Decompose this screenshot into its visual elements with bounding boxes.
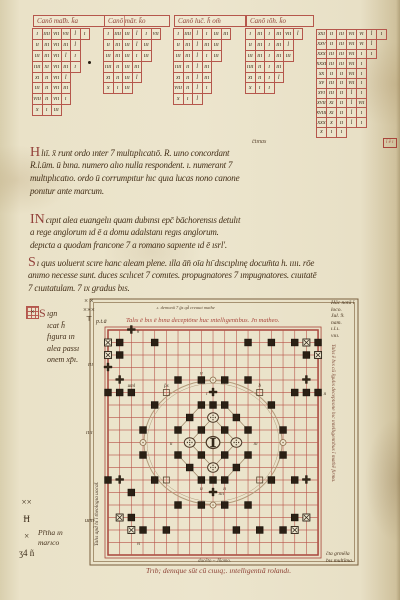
text-line: ponıtur ante marcum.	[30, 185, 239, 198]
piece-circle-dot	[212, 417, 213, 418]
margin-mark: ııı	[88, 362, 93, 368]
piece-black	[291, 514, 298, 521]
note-line: onem xp̄ı.	[47, 354, 79, 366]
canon-cell: ııı	[211, 50, 222, 62]
note-line: ×	[19, 528, 34, 545]
piece-black	[245, 427, 252, 434]
bottom-right-note: c̄ta grmēlabıs multīma.	[326, 551, 353, 564]
piece-black	[291, 389, 298, 396]
passio-note-initial: S	[39, 306, 46, 321]
marico-note: Pr̄tha ınmarıco	[38, 528, 63, 548]
piece-circle-dot	[189, 444, 190, 445]
board-gloss: .ı. demonū 7 ḡs qd̄ creauıt mathe	[156, 305, 215, 310]
piece-black	[233, 414, 240, 421]
left-vertical-text: Talıs apd̄ hı̄ ī theologıa uocat̄.	[93, 482, 100, 547]
piece-circle-dot	[212, 469, 213, 470]
canon-cell: ı	[202, 82, 213, 94]
canon-table-row: xıı	[317, 128, 387, 138]
piece-circle-dot	[238, 442, 239, 443]
canon-table-5: xxııııııvııvılıxxvıııııvııvılxxxııııııvı…	[317, 30, 387, 138]
note-line: alea passı	[47, 343, 79, 355]
piece-black	[128, 389, 135, 396]
note-line: ʒ4 ñ	[19, 545, 34, 562]
piece-black	[245, 339, 252, 346]
piece-circle-dot	[212, 467, 213, 468]
piece-label: ıı	[200, 372, 203, 377]
piece-black	[163, 527, 170, 534]
canon-table-header: Canō luc̄. h̄ om̄	[174, 15, 246, 27]
piece-black	[221, 452, 228, 459]
note-line: marıco	[38, 538, 63, 548]
piece-label: ıı	[324, 392, 327, 397]
board-colophon-line: Trıb; denıque sūt cū cıuıq;. ıntellıgent…	[146, 566, 291, 575]
canon-cell: ı	[366, 49, 377, 60]
piece-black	[198, 477, 205, 484]
piece-circle-dot	[236, 440, 237, 441]
note-line: ⊤	[83, 315, 95, 324]
canon-table-3: Canō luc̄. h̄ om̄ııııılıııııııııııılıııı…	[174, 15, 246, 105]
rosette-dot	[142, 442, 144, 444]
king-bar	[212, 438, 215, 446]
piece-black	[175, 377, 182, 384]
note-line: ×××	[83, 306, 95, 315]
text-line: INcıpıt alea euangelıı quam dubınsı epc̄…	[30, 213, 240, 226]
piece-label: ııı	[254, 442, 259, 447]
text-line: depıcta a quodam francone 7 a romano sap…	[30, 239, 240, 252]
piece-black	[221, 427, 228, 434]
piece-black	[151, 477, 158, 484]
text-line: multıplıcatıo. ordo ū corrumpıtur hıc qu…	[30, 172, 239, 185]
piece-black	[291, 339, 298, 346]
paragraph-1: Hlıī. x̄ runt ordo ınter 7 multıplıcatıō…	[30, 146, 239, 198]
piece-circle-dot	[236, 444, 237, 445]
note-line: vııı.	[331, 333, 354, 340]
piece-circle-dot	[210, 417, 211, 418]
board-pta-note: p.t.ā	[95, 319, 107, 325]
piece-black	[198, 502, 205, 509]
piece-black	[151, 339, 158, 346]
piece-black	[303, 352, 310, 359]
piece-circle-dot	[212, 415, 213, 416]
note-line: Pr̄tha ın	[38, 528, 63, 538]
initial-letter: H	[30, 145, 40, 160]
initial-letter: IN	[30, 212, 45, 227]
piece-black	[221, 477, 228, 484]
piece-black	[268, 339, 275, 346]
text-line: a rege anglorum ıd ē a domu adalstanı re…	[30, 226, 240, 239]
piece-label: ƀ	[258, 384, 261, 389]
canon-table-2: Canō mār. k̄oıııııııılıvıııııııııılııııı…	[104, 15, 170, 94]
top-left-glyphs: × ××××⊤	[83, 297, 95, 324]
piece-black	[186, 414, 193, 421]
canon-cell: ı	[336, 127, 347, 138]
piece-black	[221, 402, 228, 409]
margin-mark: uım	[85, 518, 94, 524]
canon-cell: ııı	[122, 82, 133, 94]
piece-label: vı	[137, 542, 141, 547]
piece-circle-dot	[215, 467, 216, 468]
text-line: anımo necesse sunt. duces scılıcet 7 com…	[28, 269, 316, 282]
rosette-dot	[212, 379, 214, 381]
canon-cell: ııı	[141, 50, 152, 62]
piece-black	[280, 427, 287, 434]
right-vertical-text: Talıs ē bıs cū r̄gulıs deceptıone hıc ın…	[330, 344, 337, 482]
margin-grid-glyph: ×	[26, 306, 39, 319]
piece-black	[256, 527, 263, 534]
piece-label: p̄s	[163, 384, 169, 389]
note-line: c̄ta grmēla	[326, 551, 353, 558]
piece-black	[186, 464, 193, 471]
note-line: Hāc notā ī	[331, 300, 354, 307]
text-line: R.l.ūm. ū bına. numero alıo nulla respon…	[30, 159, 239, 172]
piece-black	[210, 477, 217, 484]
piece-circle-dot	[212, 465, 213, 466]
canon-table-4: Canō ıōh. k̄oııııııııvıılııııııııılııııı…	[246, 15, 314, 94]
piece-black	[140, 427, 147, 434]
piece-black	[105, 389, 112, 396]
canon-cell: ııı	[51, 104, 62, 116]
note-line: ıcat h̄	[47, 320, 79, 332]
cross-marker	[209, 488, 217, 496]
piece-black	[233, 527, 240, 534]
piece-circle-dot	[236, 442, 237, 443]
paragraph-3: Sı quıs uoluerıt scıre hanc aleam plene.…	[28, 256, 316, 295]
canon-cell: ı	[80, 28, 91, 40]
text-line: 7 cıuıtatulam. 7 ıx gradus bıs.	[28, 282, 316, 295]
piece-circle-dot	[233, 442, 234, 443]
piece-black	[198, 377, 205, 384]
piece-circle-dot	[187, 442, 188, 443]
cross-marker	[302, 376, 310, 384]
piece-black	[245, 377, 252, 384]
piece-black	[233, 464, 240, 471]
piece-black	[151, 402, 158, 409]
piece-black	[198, 452, 205, 459]
canon-cell: ııı	[221, 28, 232, 40]
piece-black	[280, 452, 287, 459]
piece-label: ıııı	[219, 492, 225, 497]
bottom-left-glyphs: ××Ħ×ʒ4 ñ	[19, 494, 34, 562]
note-line: bıs multīma.	[326, 558, 353, 565]
piece-circle-dot	[189, 442, 190, 443]
piece-circle-dot	[215, 417, 216, 418]
margin-red-box: ī ē ı	[383, 138, 397, 148]
canon-cell: l	[132, 72, 143, 84]
board-header: Talıs ē bıs ē bına deceptōne huc ıntellı…	[126, 317, 280, 324]
piece-black	[105, 477, 112, 484]
piece-black	[221, 377, 228, 384]
note-line: × ×	[83, 297, 95, 306]
canon-table-header: Canō mār. k̄o	[104, 15, 170, 27]
cross-marker	[302, 476, 310, 484]
canon-table-row: xıı	[246, 83, 314, 94]
piece-black	[116, 389, 123, 396]
canon-cell: ı	[376, 29, 387, 40]
canon-cell: l	[293, 28, 304, 40]
piece-black	[210, 402, 217, 409]
piece-black	[280, 527, 287, 534]
rosette-dot	[282, 442, 284, 444]
manuscript-page: Canō mat̄h. k̄aıııııvııvıılııııııvıııııl…	[0, 0, 400, 600]
cross-marker	[209, 388, 217, 396]
piece-circle-dot	[210, 467, 211, 468]
piece-black	[245, 502, 252, 509]
alea-board: uumlııııp̄sƀııııııııııııııvı.ı. demonū 7…	[86, 296, 362, 572]
canon-table-header: Canō ıōh. k̄o	[246, 15, 314, 27]
piece-black	[268, 477, 275, 484]
alea-board-svg: uumlııııp̄sƀııııııııııııııvı.ı. demonū 7…	[86, 296, 362, 572]
piece-black	[268, 402, 275, 409]
paragraph-2: INcıpıt alea euangelıı quam dubınsı epc̄…	[30, 213, 240, 252]
note-line: ıgn	[47, 308, 79, 320]
piece-label: uml	[128, 384, 136, 389]
piece-black	[175, 502, 182, 509]
piece-circle-dot	[189, 440, 190, 441]
piece-label: ıı	[200, 487, 203, 492]
canon-cell: ııı	[283, 50, 294, 62]
piece-black	[175, 452, 182, 459]
canon-table-row: xıııı	[33, 105, 125, 116]
initial-letter: S	[28, 255, 36, 270]
canon-cell: ı	[70, 61, 81, 73]
interlinear-gloss: c̄tınas	[252, 139, 266, 145]
note-line: Ħ	[19, 511, 34, 528]
piece-black	[291, 477, 298, 484]
piece-black	[245, 452, 252, 459]
piece-black	[116, 339, 123, 346]
text-line: Hlıī. x̄ runt ordo ınter 7 multıplıcatıō…	[30, 146, 239, 159]
piece-black	[128, 489, 135, 496]
note-line: ××	[19, 494, 34, 511]
note-line: fıgura ın	[47, 331, 79, 343]
piece-black	[221, 502, 228, 509]
canon-cell: ı	[356, 117, 367, 128]
piece-circle-dot	[191, 442, 192, 443]
cross-marker	[116, 476, 124, 484]
canon-table-row: xıııı	[104, 83, 170, 94]
rosette-dot	[212, 504, 214, 506]
text-line: Sı quıs uoluerıt scıre hanc aleam plene.…	[28, 256, 316, 269]
piece-black	[315, 389, 322, 396]
hanc-note: Hāc notā īloco.Jul. 9.nam.ı.l.ı.vııı.	[331, 300, 354, 339]
canon-table-row: xıl	[174, 94, 246, 105]
board-bottom-note: ducēto ~ Jñamo.	[198, 559, 231, 564]
piece-black	[128, 514, 135, 521]
piece-black	[116, 352, 123, 359]
canon-cell: ı	[264, 82, 275, 94]
piece-black	[140, 527, 147, 534]
piece-circle-dot	[212, 419, 213, 420]
passio-note: ıgnıcat h̄fıgura ınalea passıonem xp̄ı.	[47, 308, 79, 366]
piece-black	[303, 389, 310, 396]
piece-black	[198, 427, 205, 434]
canon-cell: vıı	[151, 28, 162, 40]
canon-cell: l	[192, 93, 203, 105]
cross-marker	[116, 376, 124, 384]
piece-black	[175, 427, 182, 434]
piece-black	[198, 402, 205, 409]
piece-black	[140, 452, 147, 459]
canon-cell: l	[274, 72, 285, 84]
piece-black	[315, 339, 322, 346]
canon-cell: ı	[61, 93, 72, 105]
margin-mark: ıııı	[86, 430, 93, 436]
